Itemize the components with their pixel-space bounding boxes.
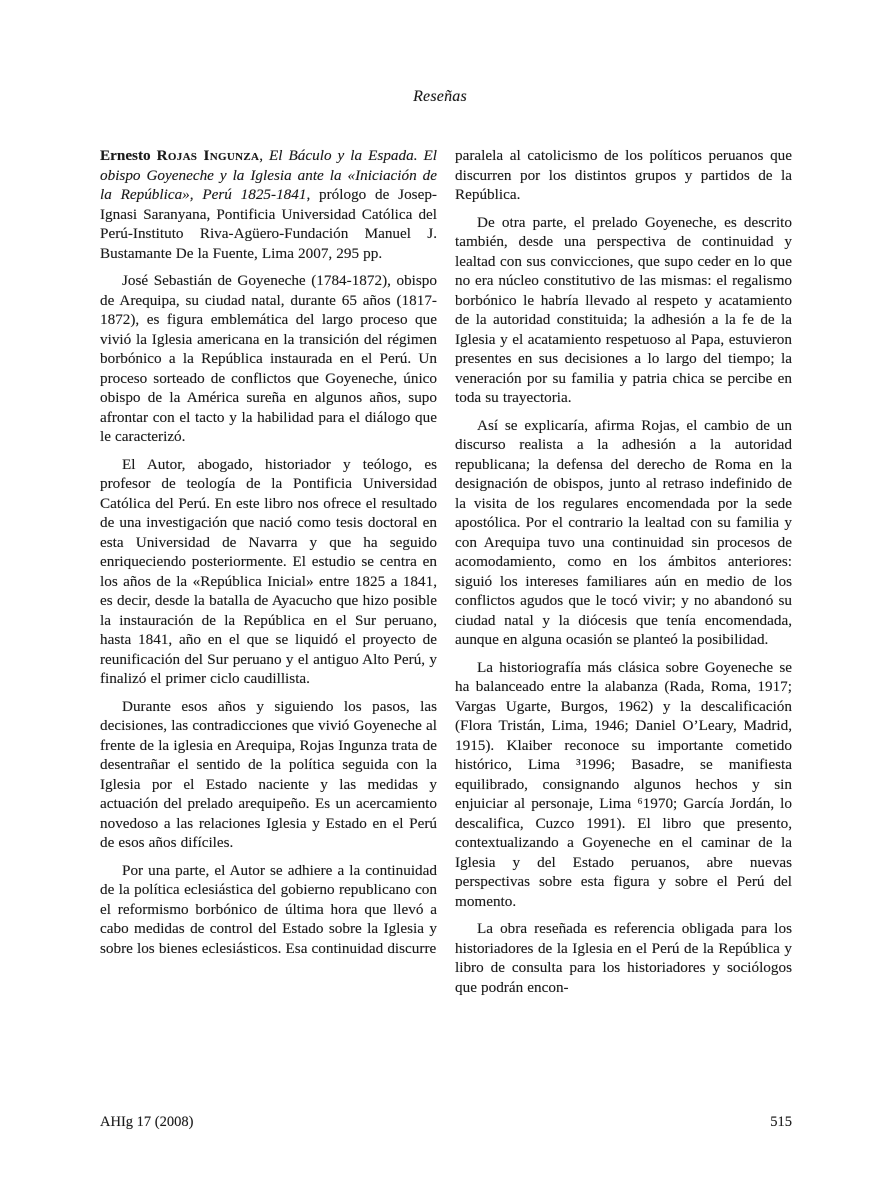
paragraph: La obra reseñada es referencia obligada …: [455, 919, 792, 997]
citation-author-family: Rojas Ingunza: [157, 147, 260, 164]
left-column: Ernesto Rojas Ingunza, El Báculo y la Es…: [100, 146, 437, 1005]
paragraph: José Sebastián de Goyeneche (1784-1872),…: [100, 271, 437, 447]
scanned-review-page: Reseñas Ernesto Rojas Ingunza, El Báculo…: [0, 0, 880, 1200]
page-footer: AHIg 17 (2008) 515: [100, 1114, 792, 1131]
paragraph: Durante esos años y siguiendo los pasos,…: [100, 697, 437, 853]
bibliographic-citation: Ernesto Rojas Ingunza, El Báculo y la Es…: [100, 146, 437, 263]
paragraph-continuation: paralela al catolicismo de los políticos…: [455, 146, 792, 205]
citation-separator: ,: [259, 147, 269, 164]
paragraph: Por una parte, el Autor se adhiere a la …: [100, 861, 437, 959]
paragraph: La historiografía más clásica sobre Goye…: [455, 658, 792, 912]
text-block: Ernesto Rojas Ingunza, El Báculo y la Es…: [100, 146, 792, 1005]
right-column: paralela al catolicismo de los políticos…: [455, 146, 792, 1005]
paragraph: Así se explicaría, afirma Rojas, el camb…: [455, 416, 792, 650]
journal-volume-label: AHIg 17 (2008): [100, 1114, 193, 1131]
running-head: Reseñas: [0, 88, 880, 106]
paragraph: El Autor, abogado, historiador y teólogo…: [100, 455, 437, 689]
paragraph: De otra parte, el prelado Goyeneche, es …: [455, 213, 792, 408]
page-number: 515: [770, 1114, 792, 1131]
citation-author-given: Ernesto: [100, 147, 157, 164]
